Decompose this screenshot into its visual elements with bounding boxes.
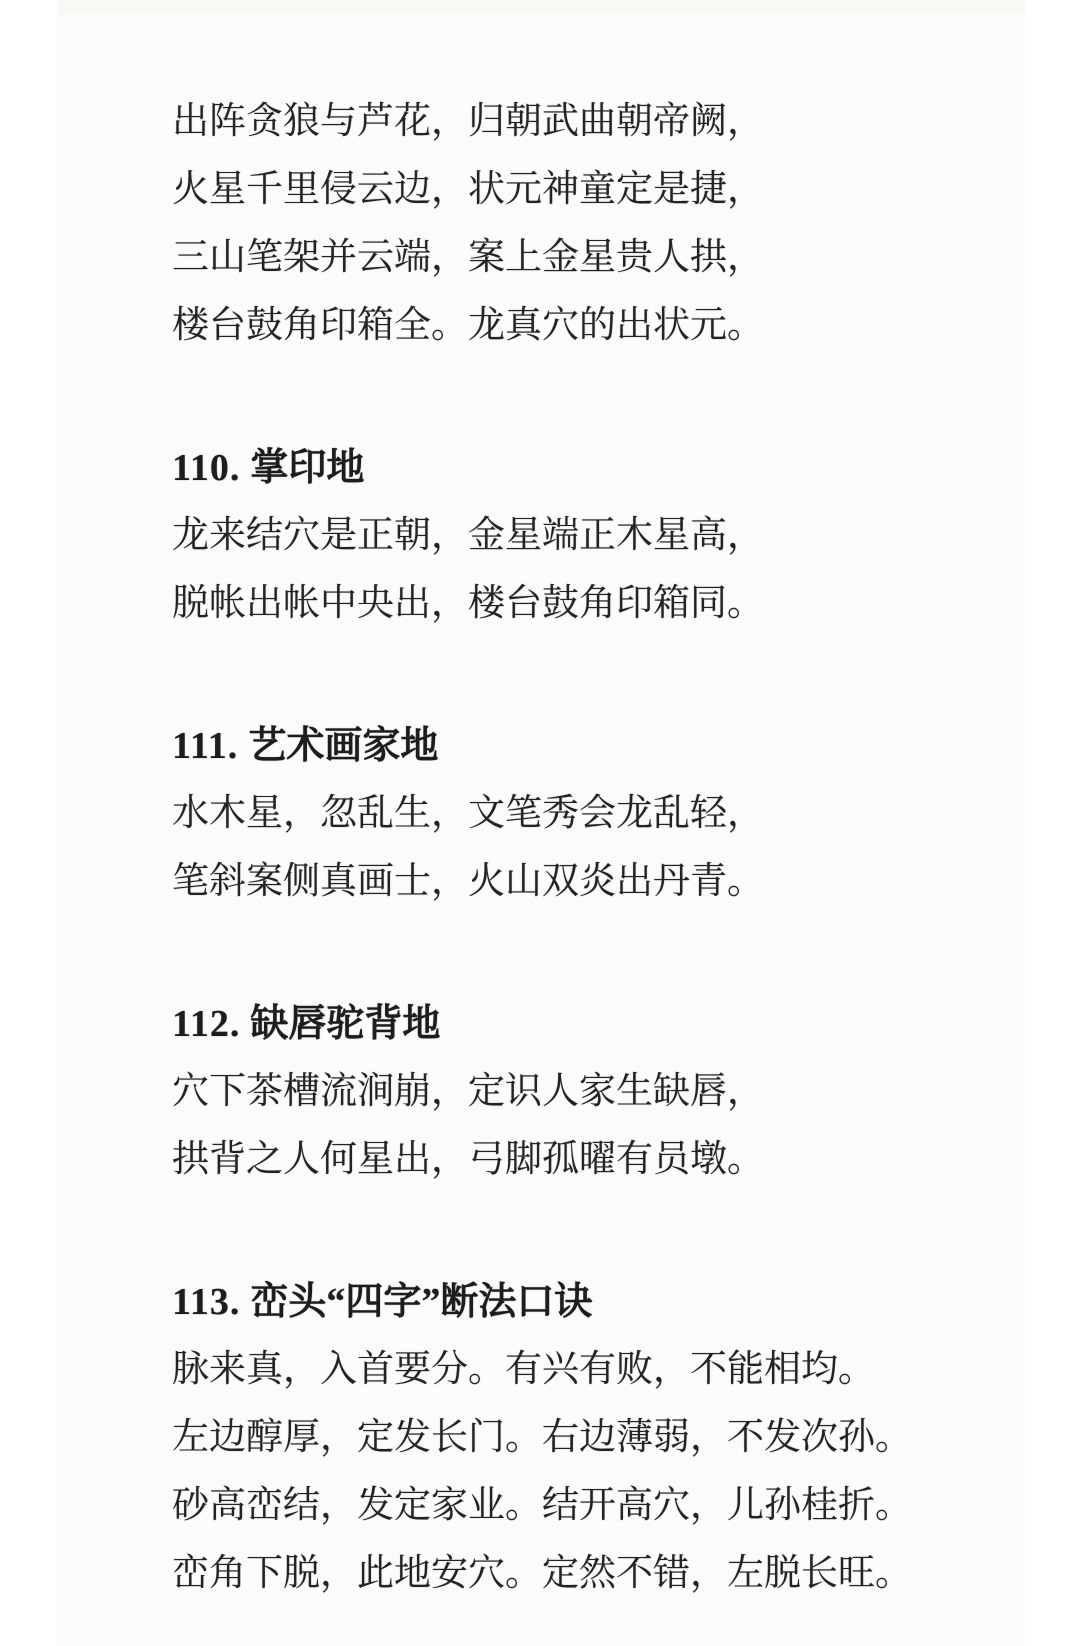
section-heading: 110.掌印地 xyxy=(172,434,1020,502)
poem-line: 峦角下脱，此地安穴。定然不错，左脱长旺。 xyxy=(172,1540,1020,1608)
section-112: 112.缺唇驼背地 穴下茶槽流涧崩，定识人家生缺唇， 拱背之人何星出，弓脚孤曜有… xyxy=(172,990,1020,1194)
poem-continuation-block: 出阵贪狼与芦花，归朝武曲朝帝阙， 火星千里侵云边，状元神童定是捷， 三山笔架并云… xyxy=(172,88,1020,360)
section-heading: 111.艺术画家地 xyxy=(172,712,1020,780)
poem-line: 三山笔架并云端，案上金星贵人拱， xyxy=(172,224,1020,292)
section-title: 艺术画家地 xyxy=(248,725,438,767)
section-113: 113.峦头“四字”断法口诀 脉来真，入首要分。有兴有败，不能相均。 左边醇厚，… xyxy=(172,1268,1020,1608)
poem-line: 龙来结穴是正朝，金星端正木星高， xyxy=(172,502,1020,570)
section-title: 峦头“四字”断法口诀 xyxy=(250,1281,592,1323)
section-heading: 113.峦头“四字”断法口诀 xyxy=(172,1268,1020,1336)
poem-line: 脉来真，入首要分。有兴有败，不能相均。 xyxy=(172,1336,1020,1404)
paper-top-strip xyxy=(57,0,1025,14)
section-number: 110. xyxy=(172,434,240,502)
section-number: 113. xyxy=(172,1268,240,1336)
section-number: 112. xyxy=(172,990,240,1058)
poem-line: 左边醇厚，定发长门。右边薄弱，不发次孙。 xyxy=(172,1404,1020,1472)
page-content: 出阵贪狼与芦花，归朝武曲朝帝阙， 火星千里侵云边，状元神童定是捷， 三山笔架并云… xyxy=(172,88,1020,1608)
poem-line: 砂高峦结，发定家业。结开高穴，儿孙桂折。 xyxy=(172,1472,1020,1540)
poem-line: 拱背之人何星出，弓脚孤曜有员墩。 xyxy=(172,1126,1020,1194)
poem-line: 脱帐出帐中央出，楼台鼓角印箱同。 xyxy=(172,570,1020,638)
poem-line: 出阵贪狼与芦花，归朝武曲朝帝阙， xyxy=(172,88,1020,156)
section-110: 110.掌印地 龙来结穴是正朝，金星端正木星高， 脱帐出帐中央出，楼台鼓角印箱同… xyxy=(172,434,1020,638)
poem-line: 水木星，忽乱生，文笔秀会龙乱轻， xyxy=(172,780,1020,848)
poem-line: 笔斜案侧真画士，火山双炎出丹青。 xyxy=(172,848,1020,916)
section-number: 111. xyxy=(172,712,238,780)
section-heading: 112.缺唇驼背地 xyxy=(172,990,1020,1058)
section-111: 111.艺术画家地 水木星，忽乱生，文笔秀会龙乱轻， 笔斜案侧真画士，火山双炎出… xyxy=(172,712,1020,916)
poem-line: 火星千里侵云边，状元神童定是捷， xyxy=(172,156,1020,224)
section-title: 缺唇驼背地 xyxy=(250,1003,440,1045)
section-title: 掌印地 xyxy=(250,447,364,489)
poem-line: 穴下茶槽流涧崩，定识人家生缺唇， xyxy=(172,1058,1020,1126)
poem-line: 楼台鼓角印箱全。龙真穴的出状元。 xyxy=(172,292,1020,360)
book-page: 出阵贪狼与芦花，归朝武曲朝帝阙， 火星千里侵云边，状元神童定是捷， 三山笔架并云… xyxy=(0,0,1080,1646)
